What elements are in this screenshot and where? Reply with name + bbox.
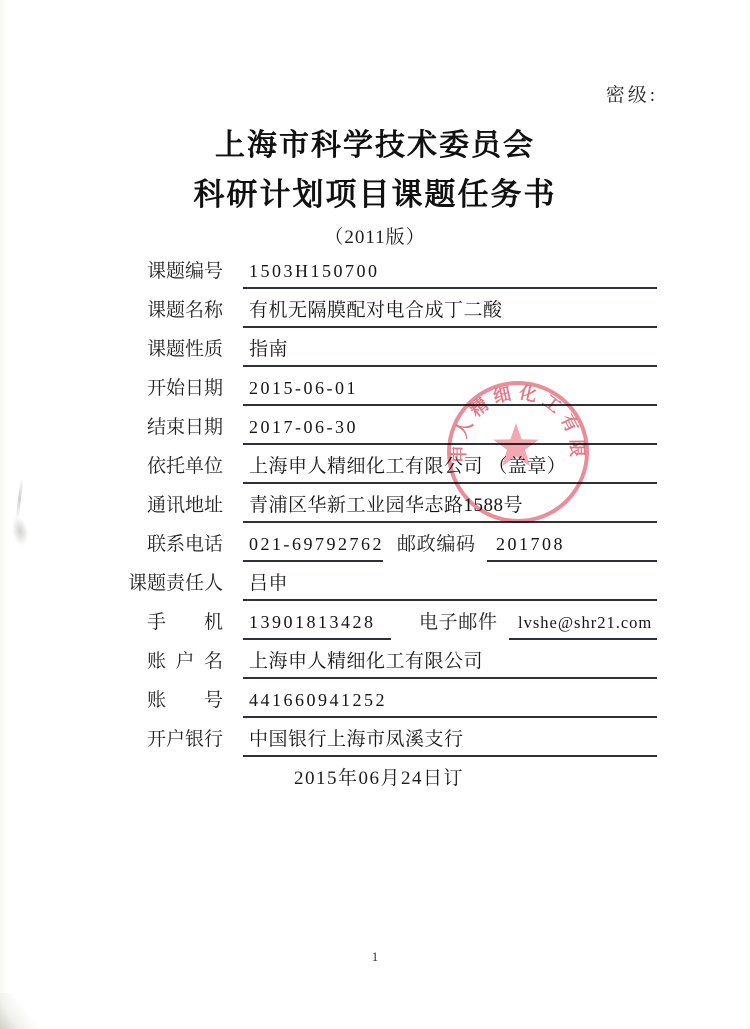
field-underline: 2017-06-30 — [243, 418, 657, 445]
field-label: 账号 — [147, 691, 223, 718]
field-label: 账户名 — [147, 652, 223, 679]
field-underline: 指南 — [243, 340, 657, 367]
field-value: 吕申 — [249, 574, 288, 593]
scan-corner-artifact — [0, 993, 48, 1029]
field-label: 开始日期 — [147, 379, 223, 406]
field-underline: 1503H150700 — [243, 262, 657, 289]
form-row-mobile-email: 手机 13901813428 电子邮件 lvshe@shr21.com — [147, 613, 657, 640]
field-underline: 有机无隔膜配对电合成丁二酸 — [243, 301, 657, 328]
date-line: 2015年06月24日订 — [0, 763, 750, 790]
form-row-host-organization: 依托单位 上海申人精细化工有限公司 （盖章） — [147, 457, 657, 484]
field-value: 2015-06-01 — [249, 379, 358, 398]
field-label: 课题性质 — [147, 340, 223, 367]
field-label: 手机 — [147, 613, 223, 640]
field-value: 021-69792762 — [249, 535, 384, 554]
field-value: 指南 — [249, 340, 288, 359]
page-number: 1 — [0, 949, 750, 965]
scanned-document-page: 密级: 上海市科学技术委员会 科研计划项目课题任务书 （2011版） 课题编号 … — [0, 0, 750, 1029]
field-underline: 吕申 — [243, 574, 657, 601]
field-label: 结束日期 — [147, 418, 223, 445]
form-row-account-number: 账号 441660941252 — [147, 691, 657, 718]
form-row-project-type: 课题性质 指南 — [147, 340, 657, 367]
field-label: 课题编号 — [147, 262, 223, 289]
form-row-bank: 开户银行 中国银行上海市凤溪支行 — [147, 730, 657, 757]
field-underline: 中国银行上海市凤溪支行 — [243, 730, 657, 757]
form-row-end-date: 结束日期 2017-06-30 — [147, 418, 657, 445]
field-underline: lvshe@shr21.com — [509, 613, 657, 640]
form-row-project-leader: 课题责任人 吕申 — [128, 574, 657, 601]
form-row-project-number: 课题编号 1503H150700 — [147, 262, 657, 289]
field-underline: 上海申人精细化工有限公司 （盖章） — [243, 457, 657, 484]
field-value: 上海申人精细化工有限公司 （盖章） — [249, 457, 566, 476]
field-underline: 201708 — [487, 535, 657, 562]
field-label: 开户银行 — [147, 730, 223, 757]
field-label: 课题责任人 — [128, 574, 223, 601]
field-label: 联系电话 — [147, 535, 223, 562]
field-label: 通讯地址 — [147, 496, 223, 523]
form-row-project-name: 课题名称 有机无隔膜配对电合成丁二酸 — [147, 301, 657, 328]
form-fields: 课题编号 1503H150700 课题名称 有机无隔膜配对电合成丁二酸 课题性质… — [0, 262, 750, 769]
field-label: 依托单位 — [147, 457, 223, 484]
field-value: 青浦区华新工业园华志路1588号 — [249, 496, 523, 515]
version-label: （2011版） — [0, 222, 750, 249]
field-underline: 上海申人精细化工有限公司 — [243, 652, 657, 679]
form-row-phone-postcode: 联系电话 021-69792762 邮政编码 201708 — [147, 535, 657, 562]
field-value: 441660941252 — [249, 691, 387, 710]
field-value: 2017-06-30 — [249, 418, 358, 437]
field-value: 201708 — [496, 535, 565, 554]
field-underline: 021-69792762 — [243, 535, 383, 562]
field-label-postcode: 邮政编码 — [397, 535, 475, 562]
field-label: 课题名称 — [147, 301, 223, 328]
field-label-email: 电子邮件 — [419, 613, 497, 640]
document-subtitle: 科研计划项目课题任务书 — [0, 169, 750, 214]
field-underline: 青浦区华新工业园华志路1588号 — [243, 496, 657, 523]
field-value: 上海申人精细化工有限公司 — [249, 652, 483, 671]
field-value: 1503H150700 — [249, 262, 380, 281]
field-underline: 13901813428 — [243, 613, 391, 640]
security-label: 密级: — [606, 80, 658, 107]
field-value: 13901813428 — [249, 613, 376, 632]
form-row-mailing-address: 通讯地址 青浦区华新工业园华志路1588号 — [147, 496, 657, 523]
form-row-account-name: 账户名 上海申人精细化工有限公司 — [147, 652, 657, 679]
field-value: lvshe@shr21.com — [518, 613, 652, 632]
field-underline: 441660941252 — [243, 691, 657, 718]
field-value: 有机无隔膜配对电合成丁二酸 — [249, 301, 503, 320]
document-title: 上海市科学技术委员会 — [0, 120, 750, 164]
field-value: 中国银行上海市凤溪支行 — [249, 730, 464, 749]
field-underline: 2015-06-01 — [243, 379, 657, 406]
form-row-start-date: 开始日期 2015-06-01 — [147, 379, 657, 406]
